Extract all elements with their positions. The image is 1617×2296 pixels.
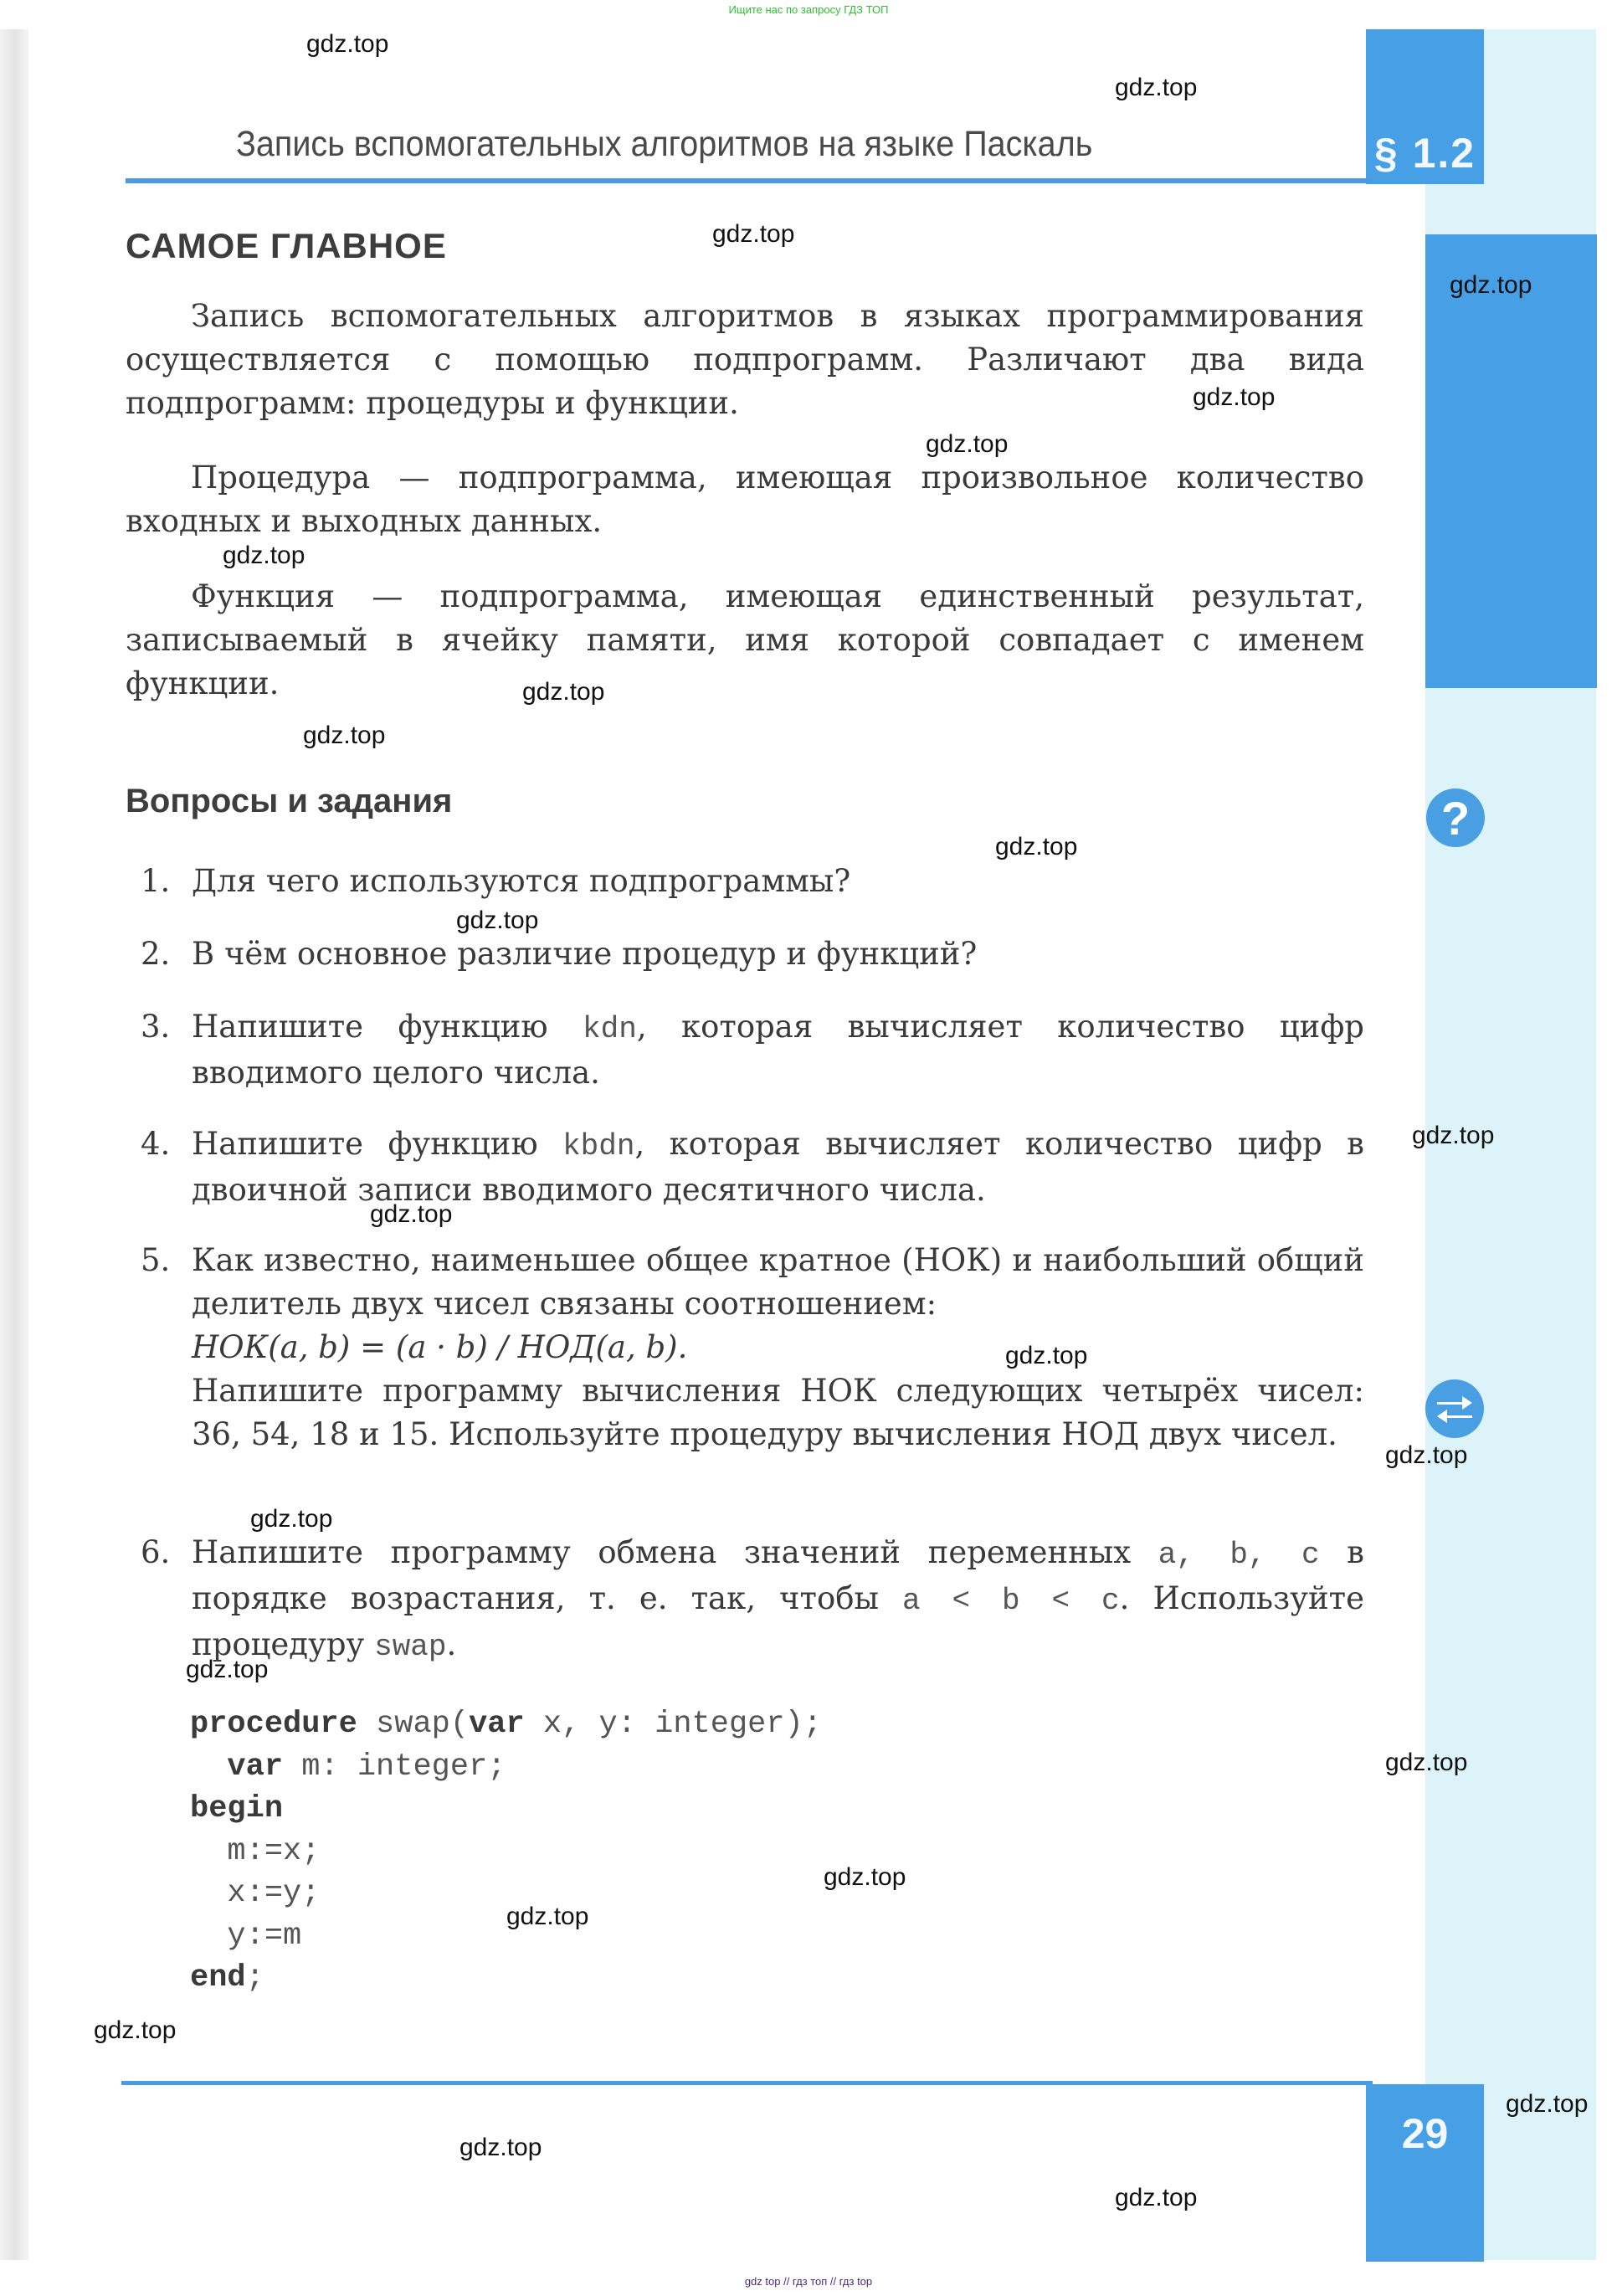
watermark: gdz.top (712, 220, 794, 249)
page-gutter (0, 29, 28, 2260)
question-text: Как известно, наименьшее общее кратное (… (192, 1239, 1364, 1456)
summary-paragraph: Запись вспомогательных алгоритмов в язык… (126, 295, 1364, 425)
watermark: gdz.top (506, 1903, 588, 1931)
footer-rule (121, 2081, 1373, 2085)
question-number: 1. (141, 860, 170, 903)
question-text: Напишите функцию kbdn, которая вычисляет… (192, 1122, 1364, 1212)
watermark: gdz.top (1193, 383, 1275, 412)
question-number: 2. (141, 932, 170, 976)
question-item: 2. В чём основное различие процедур и фу… (141, 932, 1364, 976)
side-block (1425, 234, 1597, 688)
watermark: gdz.top (370, 1200, 452, 1229)
watermark: gdz.top (1385, 1441, 1467, 1470)
inline-code: swap (374, 1630, 446, 1664)
code-line: m:=x; (190, 1831, 822, 1873)
watermark: gdz.top (1450, 271, 1532, 300)
exchange-arrows-icon (1434, 1392, 1476, 1425)
header-rule (126, 178, 1373, 183)
summary-paragraph: Процедура — подпрограмма, имеющая произв… (126, 456, 1364, 543)
watermark: gdz.top (223, 542, 305, 570)
watermark: gdz.top (1506, 2090, 1588, 2119)
question-number: 4. (141, 1122, 170, 1166)
question-item: 3. Напишите функцию kdn, которая вычисля… (141, 1005, 1364, 1095)
page-number: 29 (1366, 2084, 1484, 2262)
code-listing: procedure swap(var x, y: integer); var m… (190, 1703, 822, 2000)
question-number: 5. (141, 1239, 170, 1282)
watermark: gdz.top (824, 1863, 906, 1892)
watermark: gdz.top (94, 2016, 176, 2045)
code-line: var m: integer; (190, 1746, 822, 1789)
watermark: gdz.top (459, 2134, 542, 2162)
watermark: gdz.top (1412, 1122, 1494, 1150)
watermark: gdz.top (926, 430, 1008, 459)
watermark: gdz.top (1005, 1342, 1087, 1370)
questions-heading: Вопросы и задания (126, 783, 452, 820)
section-number: § 1.2 (1366, 29, 1484, 184)
code-line: procedure swap(var x, y: integer); (190, 1703, 822, 1746)
watermark: gdz.top (456, 907, 538, 935)
summary-paragraph: Функция — подпрограмма, имеющая единстве… (126, 575, 1364, 706)
watermark: gdz.top (1115, 2184, 1197, 2212)
search-banner: Ищите нас по запросу ГДЗ ТОП (0, 3, 1617, 16)
question-icon: ? (1426, 788, 1485, 847)
watermark: gdz.top (1115, 74, 1197, 102)
watermark: gdz.top (250, 1505, 332, 1533)
question-item: 5. Как известно, наименьшее общее кратно… (141, 1239, 1364, 1456)
exchange-icon (1425, 1379, 1484, 1438)
inline-code: kdn (583, 1012, 637, 1046)
running-header-title: Запись вспомогательных алгоритмов на язы… (236, 124, 1092, 165)
watermark: gdz.top (303, 722, 385, 750)
summary-heading: САМОЕ ГЛАВНОЕ (126, 226, 447, 266)
watermark: gdz.top (306, 30, 388, 59)
code-line: begin (190, 1788, 822, 1831)
question-text: Для чего используются подпрограммы? (192, 860, 1364, 903)
question-item: 1. Для чего используются подпрограммы? (141, 860, 1364, 903)
watermark: gdz.top (522, 678, 604, 706)
code-line: end; (190, 1957, 822, 2000)
question-text: Напишите программу обмена значений перем… (192, 1531, 1364, 1669)
formula: НОК(a, b) = (a · b) / НОД(a, b). (192, 1326, 1364, 1369)
question-number: 6. (141, 1531, 170, 1574)
watermark: gdz.top (186, 1656, 268, 1684)
question-item: 6. Напишите программу обмена значений пе… (141, 1531, 1364, 1669)
question-item: 4. Напишите функцию kbdn, которая вычисл… (141, 1122, 1364, 1212)
question-text: В чём основное различие процедур и функц… (192, 932, 1364, 976)
footer-banner: gdz top // гдз топ // гдз top (0, 2275, 1617, 2288)
watermark: gdz.top (1385, 1749, 1467, 1777)
question-text: Напишите функцию kdn, которая вычисляет … (192, 1005, 1364, 1095)
watermark: gdz.top (995, 833, 1077, 861)
question-number: 3. (141, 1005, 170, 1049)
inline-code: kbdn (562, 1129, 634, 1163)
